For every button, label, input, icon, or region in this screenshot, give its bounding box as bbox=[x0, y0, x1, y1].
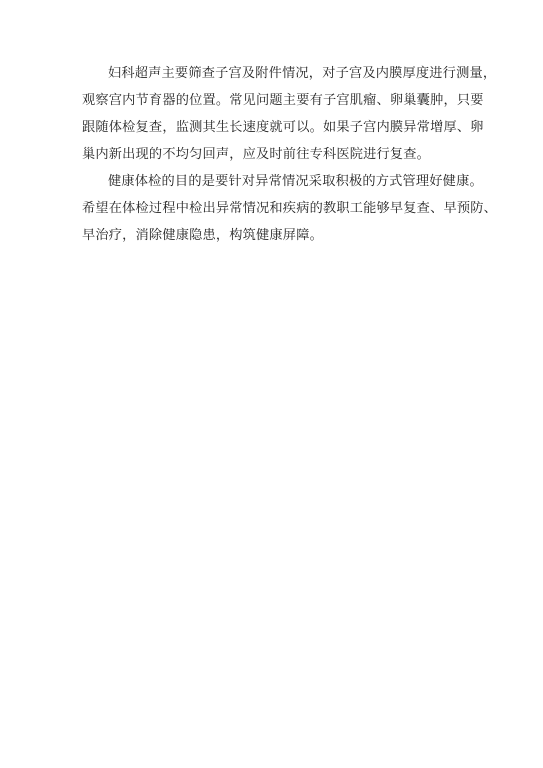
text-line: 健康体检的目的是要针对异常情况采取积极的方式管理好健康。 bbox=[108, 174, 483, 190]
text-line: 早治疗，消除健康隐患，构筑健康屏障。 bbox=[82, 228, 323, 244]
text-line: 跟随体检复查，监测其生长速度就可以。如果子宫内膜异常增厚、卵 bbox=[82, 120, 484, 136]
text-line: 希望在体检过程中检出异常情况和疾病的教职工能够早复查、早预防、 bbox=[82, 201, 497, 217]
text-line: 妇科超声主要筛查子宫及附件情况，对子宫及内膜厚度进行测量， bbox=[108, 66, 496, 82]
text-line: 巢内新出现的不均匀回声，应及时前往专科医院进行复查。 bbox=[82, 147, 430, 163]
text-line: 观察宫内节育器的位置。常见问题主要有子宫肌瘤、卵巢囊肿，只要 bbox=[82, 93, 484, 109]
document-page: 妇科超声主要筛查子宫及附件情况，对子宫及内膜厚度进行测量， 观察宫内节育器的位置… bbox=[0, 0, 543, 768]
